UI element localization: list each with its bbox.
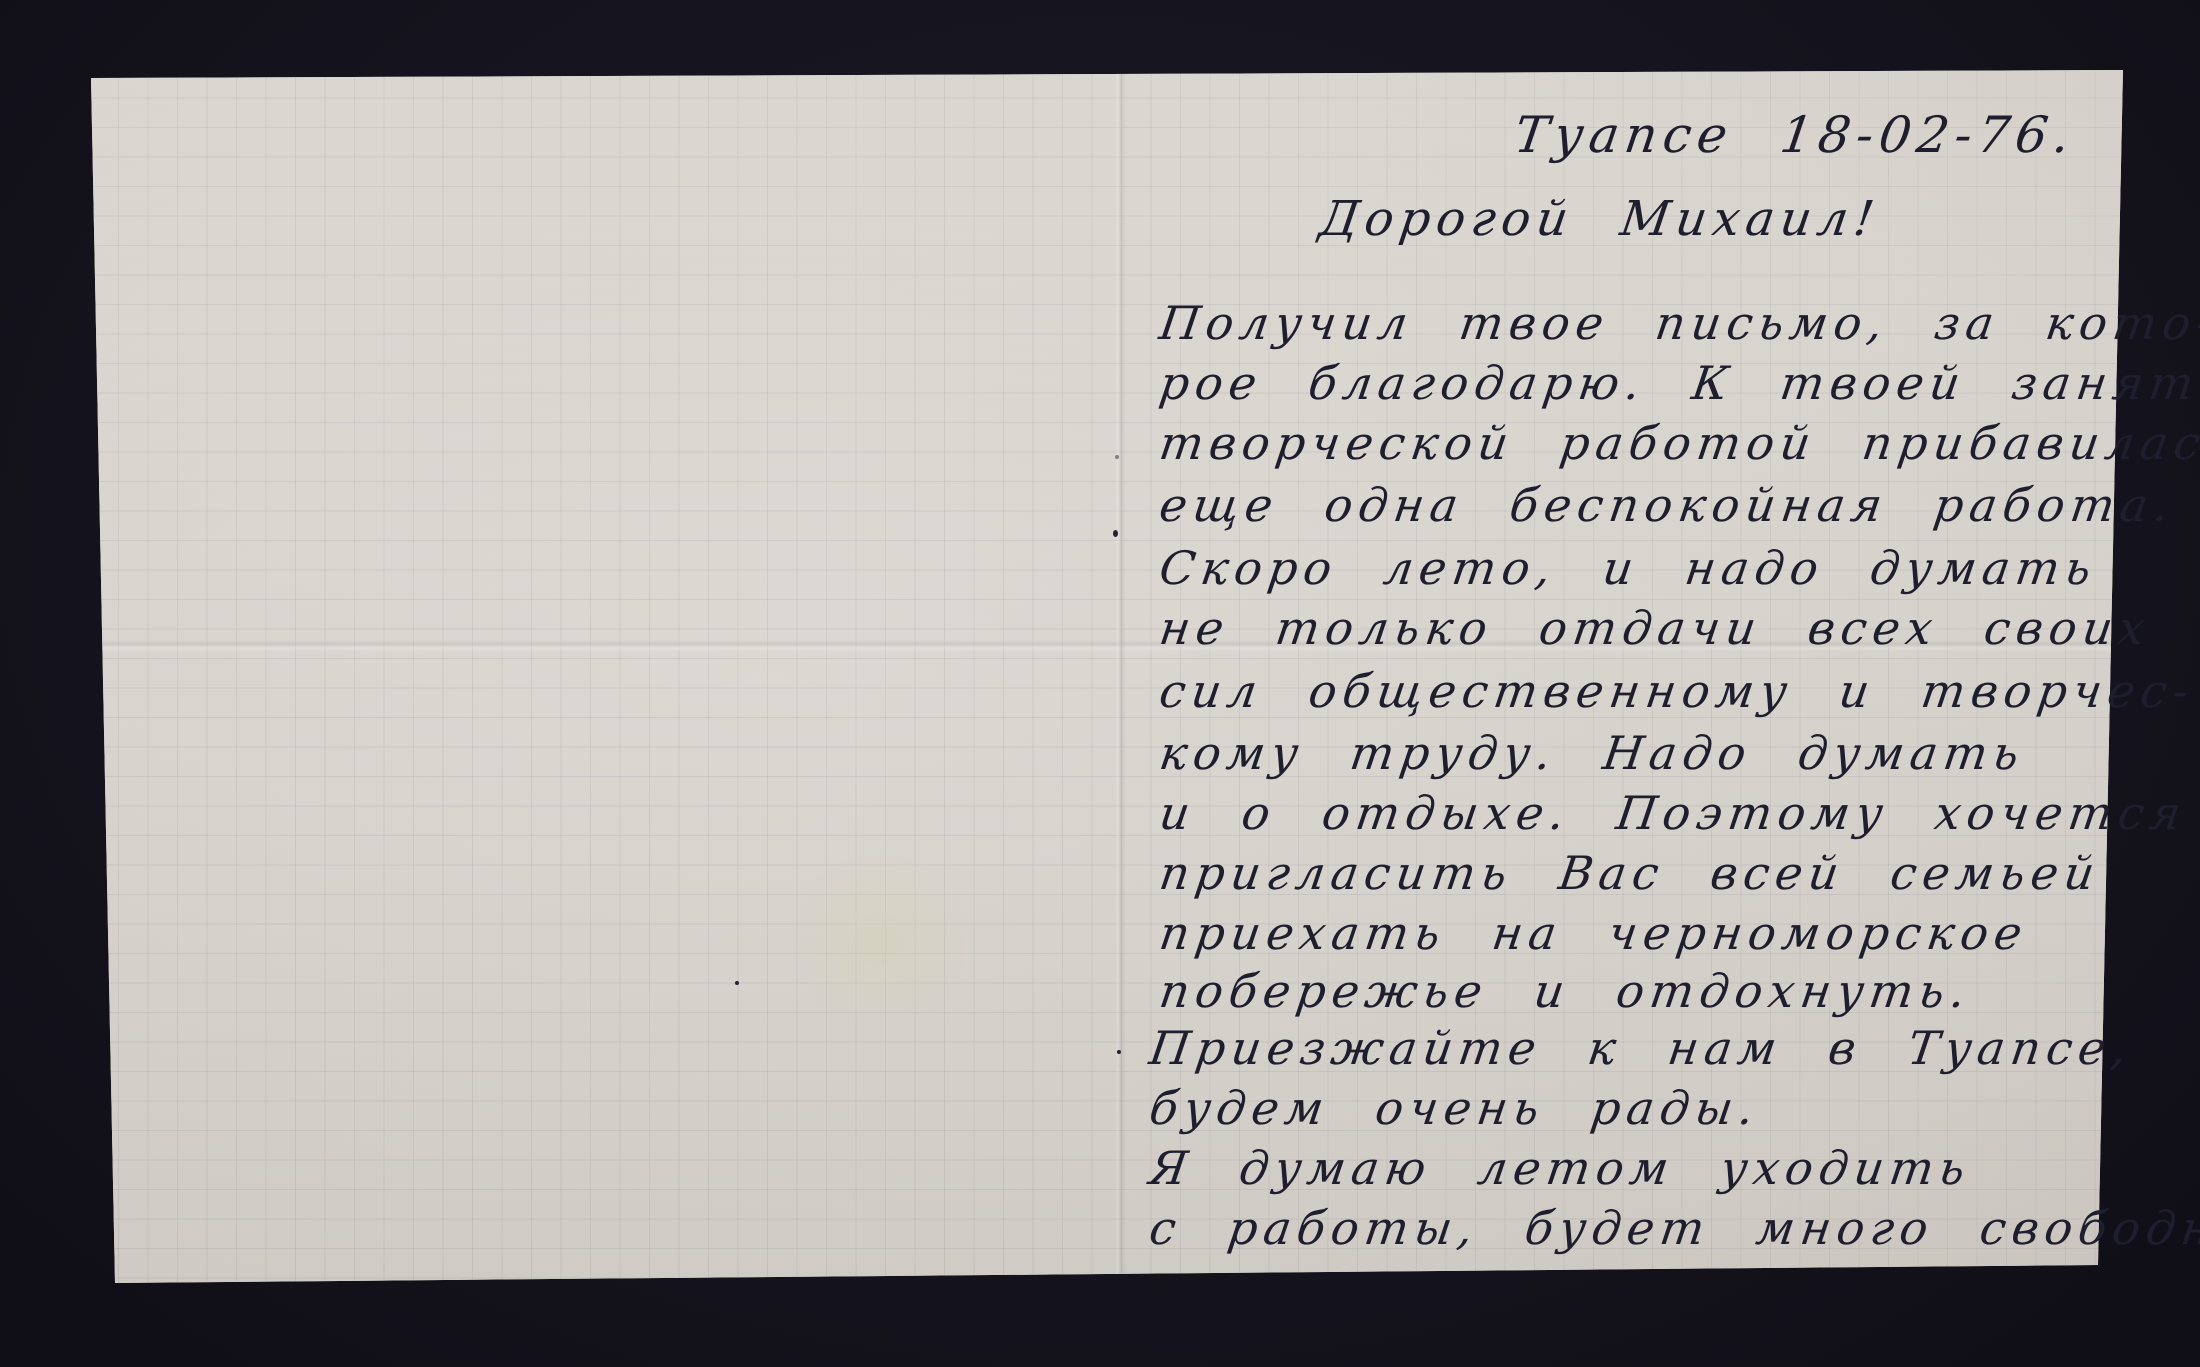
- handwritten-letter: Туапсе 18-02-76. Дорогой Михаил! Получил…: [0, 0, 2200, 1367]
- letter-line: Приезжайте к нам в Туапсе,: [1147, 1025, 2136, 1071]
- salutation: Дорогой Михаил!: [1317, 195, 1883, 243]
- ink-dot-mark: [1113, 530, 1118, 537]
- letter-line: пригласить Вас всей семьей: [1157, 850, 2103, 896]
- letter-line: побережье и отдохнуть.: [1157, 968, 1975, 1014]
- letter-line: сил общественному и творчес-: [1157, 668, 2198, 714]
- letter-line: Получил твое письмо, за кото-: [1157, 300, 2200, 346]
- letter-line: кому труду. Надо думать: [1157, 730, 2028, 776]
- letter-line: не только отдачи всех своих: [1157, 605, 2154, 651]
- place-date: Туапсе 18-02-76.: [1511, 110, 2078, 160]
- ink-dot-mark: [1117, 1050, 1121, 1054]
- ink-dot-mark: [735, 981, 739, 985]
- letter-line: еще одна беспокойная работа.: [1157, 482, 2178, 528]
- letter-line: будем очень рады.: [1147, 1085, 1763, 1131]
- letter-line: с работы, будет много свободного: [1147, 1205, 2200, 1251]
- letter-line: Скоро лето, и надо думать: [1157, 545, 2100, 591]
- letter-line: рое благодарю. К твоей занятости: [1157, 360, 2200, 406]
- letter-line: Я думаю летом уходить: [1147, 1145, 1974, 1191]
- ink-dot-mark: [1115, 455, 1119, 459]
- letter-line: приехать на черноморское: [1157, 910, 2031, 956]
- letter-line: творческой работой прибавилась: [1157, 420, 2200, 466]
- letter-line: и о отдыхе. Поэтому хочется: [1157, 790, 2190, 836]
